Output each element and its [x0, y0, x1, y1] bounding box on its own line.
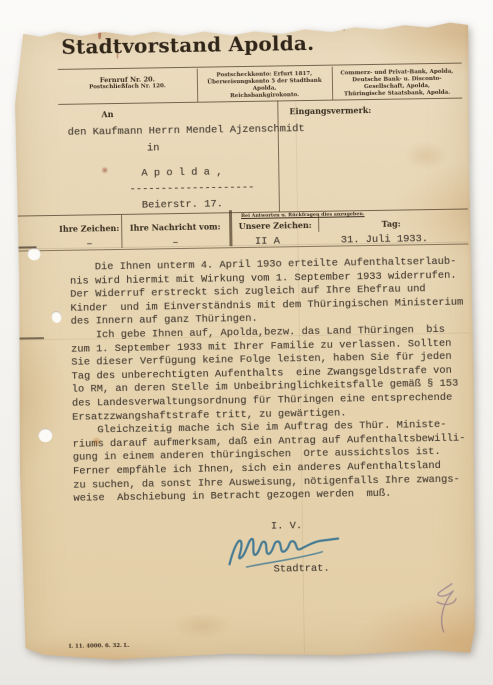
punch-hole: [28, 247, 41, 260]
letter-body: Die Ihnen unterm 4. April 193o erteilte …: [70, 255, 474, 506]
letterhead-title: Stadtvorstand Apolda.: [61, 31, 314, 59]
red-stain: [132, 31, 136, 35]
paper-tear: [52, 311, 62, 323]
pobox-line: Postschließfach Nr. 120.: [58, 83, 197, 92]
our-ref-label: Unsere Zeichen:: [232, 220, 318, 231]
foxing-patch: [403, 141, 449, 172]
punch-hole: [38, 428, 52, 442]
entry-mark-label: Eingangsvermerk:: [289, 105, 371, 116]
recipient-street: Beierstr. 17.: [142, 198, 223, 211]
scanned-letter: Stadtvorstand Apolda. Fernruf Nr. 20. Po…: [13, 20, 478, 661]
letterhead-banks: Commerz- und Privat-Bank, Apolda, Deutsc…: [334, 69, 460, 99]
form-number: I. 11. 4000. 6. 32. L.: [69, 643, 130, 650]
address-box-divider: [277, 100, 280, 211]
signer-title: Stadtrat.: [273, 563, 329, 576]
your-ref-label: Ihre Zeichen:: [56, 223, 122, 234]
letterhead-giro: Postscheckkonto: Erfurt 1817, Überweisun…: [201, 71, 328, 101]
recipient-underline-dashes: --------------------: [130, 182, 255, 196]
recipient-city: A p o l d a ,: [141, 166, 222, 179]
letterhead-contact: Fernruf Nr. 20. Postschließfach Nr. 120.: [58, 76, 197, 92]
pencil-mark: [343, 23, 345, 30]
recipient-name: den Kaufmann Herrn Mendel Ajzenschmidt: [68, 123, 305, 139]
rust-spot: [101, 166, 108, 174]
foxing-patch: [172, 612, 232, 639]
letter-paper: Stadtvorstand Apolda. Fernruf Nr. 20. Po…: [13, 20, 478, 661]
fold-edge-mark: [18, 337, 44, 339]
recipient-in: in: [147, 142, 160, 154]
address-to-label: An: [101, 109, 113, 119]
your-message-label: Ihre Nachricht vom:: [121, 221, 229, 233]
pencil-paraph: [410, 578, 469, 651]
date-label: Tag:: [318, 218, 464, 230]
refrow-note: Bei Antworten u. Rückfragen dies anzugeb…: [241, 211, 365, 219]
